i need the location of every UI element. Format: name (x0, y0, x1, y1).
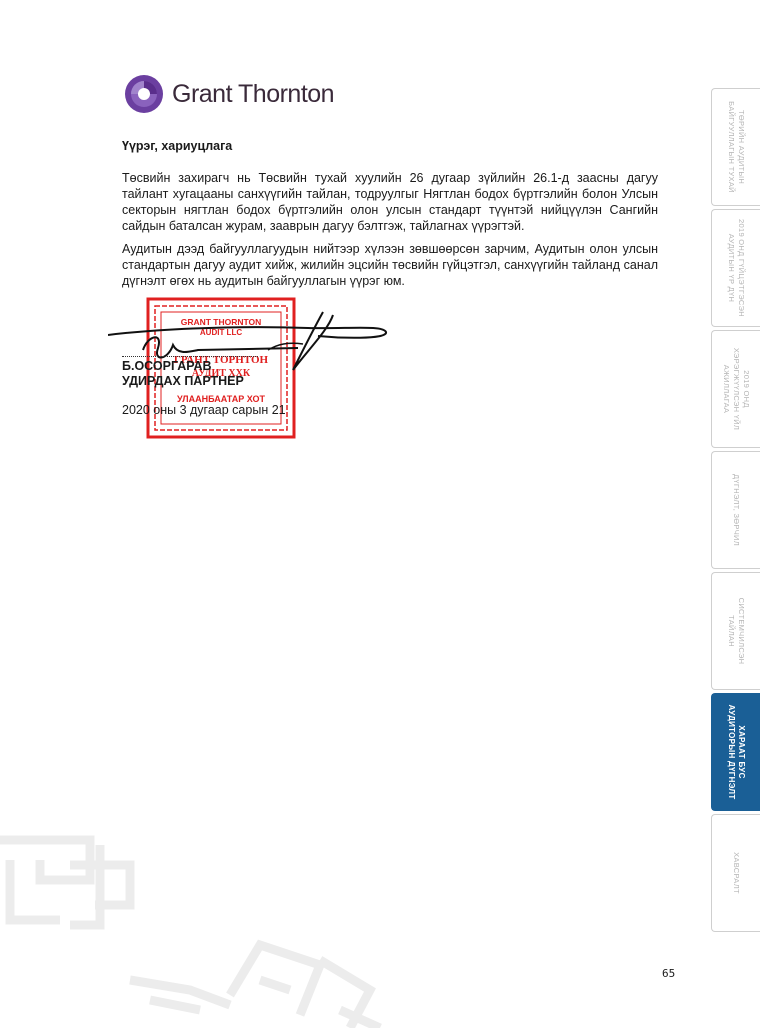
signature-line (122, 356, 258, 357)
grant-thornton-logo: Grant Thornton (124, 74, 334, 114)
tab-independent-auditor-opinion[interactable]: ХАРААТ БУС АУДИТОРЫН ДҮГНЭЛТ (711, 693, 760, 811)
logo-text: Grant Thornton (172, 80, 334, 109)
tab-systematic-report[interactable]: СИСТЕМЧИЛСЭН ТАЙЛАН (711, 572, 760, 690)
signer-name: Б.ОСОРГАРАВ (122, 359, 244, 374)
decorative-pattern (0, 820, 420, 1028)
signer-block: Б.ОСОРГАРАВ УДИРДАХ ПАРТНЕР (122, 359, 244, 389)
page-number: 65 (662, 967, 675, 980)
grant-thornton-swirl-icon (124, 74, 164, 114)
paragraph-responsibility-auditor: Аудитын дээд байгууллагуудын нийтээр хүл… (122, 241, 658, 289)
section-heading: Үүрэг, хариуцлага (122, 139, 232, 153)
tab-audit-results[interactable]: 2019 ОНД ГҮЙЦЭТГЭСЭН АУДИТЫН ҮР ДҮН (711, 209, 760, 327)
tab-appendix[interactable]: ХАВСРАЛТ (711, 814, 760, 932)
tab-about-organization[interactable]: ТӨРИЙН АУДИТЫН БАЙГУУЛЛАГЫН ТУХАЙ (711, 88, 760, 206)
tab-activities[interactable]: 2019 ОНД ХЭРЭГЖҮҮЛСЭН ҮЙЛ АЖИЛЛАГАА (711, 330, 760, 448)
signer-title: УДИРДАХ ПАРТНЕР (122, 374, 244, 389)
signature-date: 2020 оны 3 дугаар сарын 21 (122, 403, 286, 417)
tab-conclusions-violations[interactable]: ДҮГНЭЛТ, ЗӨРЧИЛ (711, 451, 760, 569)
paragraph-responsibility-management: Төсвийн захирагч нь Төсвийн тухай хуулий… (122, 170, 658, 234)
